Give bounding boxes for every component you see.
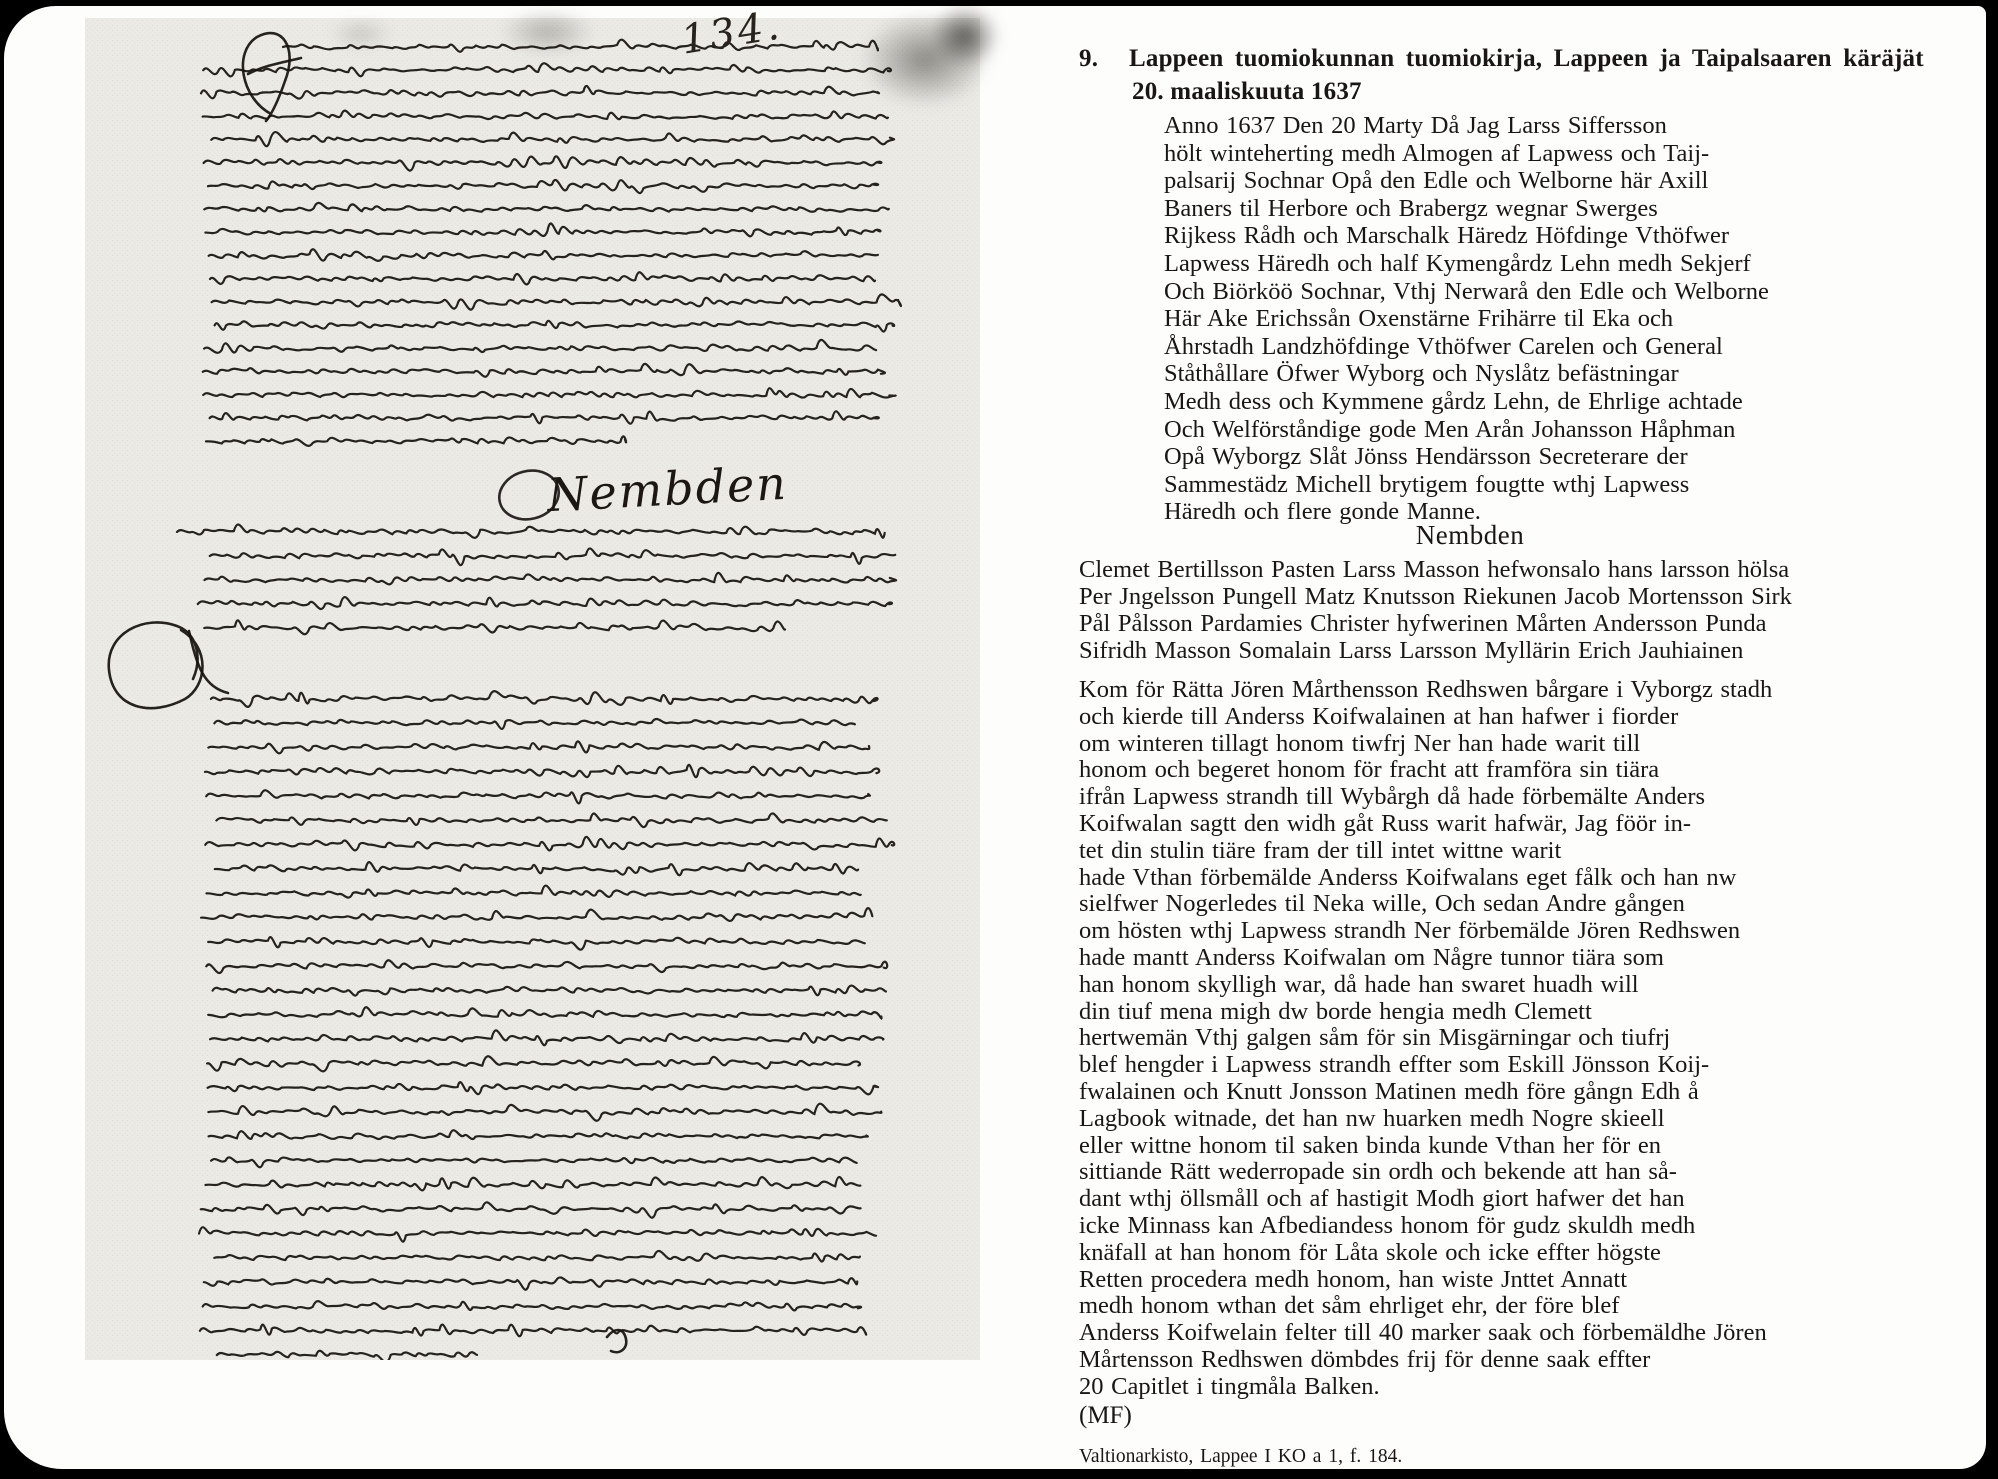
text-line: medh honom wthan det såm ehrliget ehr, d… bbox=[1079, 1293, 1772, 1320]
text-line: hertwemän Vthj galgen såm för sin Misgär… bbox=[1079, 1025, 1772, 1052]
text-line: Här Ake Erichssån Oxenstärne Frihärre ti… bbox=[1164, 305, 1769, 333]
text-line: hade Vthan förbemälde Anderss Koifwalans… bbox=[1079, 865, 1772, 892]
text-line: 20 Capitlet i tingmåla Balken. bbox=[1079, 1374, 1772, 1401]
text-line: om hösten wthj Lapwess strandh Ner förbe… bbox=[1079, 918, 1772, 945]
text-line: Lagbook witnade, det han nw huarken medh… bbox=[1079, 1106, 1772, 1133]
text-line: Och Welförståndige gode Men Arån Johanss… bbox=[1164, 416, 1769, 444]
text-line: din tiuf mena migh dw borde hengia medh … bbox=[1079, 999, 1772, 1026]
text-line: hölt winteherting medh Almogen af Lapwes… bbox=[1164, 140, 1769, 168]
text-line: Mårtensson Redhswen dömbdes frij för den… bbox=[1079, 1347, 1772, 1374]
text-line: Lapwess Häredh och half Kymengårdz Lehn … bbox=[1164, 250, 1769, 278]
text-line: Per Jngelsson Pungell Matz Knutsson Riek… bbox=[1079, 584, 1792, 611]
text-line: dant wthj öllsmåll och af hastigit Modh … bbox=[1079, 1186, 1772, 1213]
text-line: Och Biörköö Sochnar, Vthj Nerwarå den Ed… bbox=[1164, 278, 1769, 306]
text-line: palsarij Sochnar Opå den Edle och Welbor… bbox=[1164, 167, 1769, 195]
text-line: Kom för Rätta Jören Mårthensson Redhswen… bbox=[1079, 677, 1772, 704]
text-line: sittiande Rätt wederropade sin ordh och … bbox=[1079, 1159, 1772, 1186]
text-line: honom och begeret honom för fracht att f… bbox=[1079, 757, 1772, 784]
text-line: Sifridh Masson Somalain Larss Larsson My… bbox=[1079, 638, 1792, 665]
text-line: Anno 1637 Den 20 Marty Då Jag Larss Siff… bbox=[1164, 112, 1769, 140]
text-line: han honom skylligh war, då hade han swar… bbox=[1079, 972, 1772, 999]
text-line: fwalainen och Knutt Jonsson Matinen medh… bbox=[1079, 1079, 1772, 1106]
text-line: Åhrstadh Landzhöfdinge Vthöfwer Carelen … bbox=[1164, 333, 1769, 361]
text-line: och kierde till Anderss Koifwalainen at … bbox=[1079, 704, 1772, 731]
nembden-subheading: Nembden bbox=[1079, 520, 1861, 551]
entry-heading-line1: 9.Lappeen tuomiokunnan tuomiokirja, Lapp… bbox=[1079, 42, 1861, 76]
text-line: om winteren tillagt honom tiwfrj Ner han… bbox=[1079, 731, 1772, 758]
text-line: Koifwalan sagtt den widh gåt Russ warit … bbox=[1079, 811, 1772, 838]
text-line: Medh dess och Kymmene gårdz Lehn, de Ehr… bbox=[1164, 388, 1769, 416]
manuscript-handwriting bbox=[85, 18, 980, 1360]
text-line: sielfwer Nogerledes til Neka wille, Och … bbox=[1079, 891, 1772, 918]
paragraph-anno: Anno 1637 Den 20 Marty Då Jag Larss Siff… bbox=[1164, 112, 1769, 526]
text-line: blef hengder i Lapwess strandh effter so… bbox=[1079, 1052, 1772, 1079]
text-line: tet din stulin tiäre fram der till intet… bbox=[1079, 838, 1772, 865]
text-line: knäfall at han honom för Låta skole och … bbox=[1079, 1240, 1772, 1267]
manuscript-page-photo: 134. Nembden bbox=[85, 18, 980, 1360]
entry-number: 9. bbox=[1079, 42, 1129, 76]
entry-heading-line2: 20. maaliskuuta 1637 bbox=[1132, 78, 1362, 106]
text-line: Rijkess Rådh och Marschalk Häredz Höfdin… bbox=[1164, 222, 1769, 250]
text-line: Opå Wyborgz Slåt Jönss Hendärsson Secret… bbox=[1164, 443, 1769, 471]
text-line: hade mantt Anderss Koifwalan om Någre tu… bbox=[1079, 945, 1772, 972]
text-line: Pål Pålsson Pardamies Christer hyfwerine… bbox=[1079, 611, 1792, 638]
text-line: Retten procedera medh honom, han wiste J… bbox=[1079, 1267, 1772, 1294]
mf-initials: (MF) bbox=[1079, 1402, 1132, 1430]
text-line: Clemet Bertillsson Pasten Larss Masson h… bbox=[1079, 557, 1792, 584]
text-line: Sammestädz Michell brytigem fougtte wthj… bbox=[1164, 471, 1769, 499]
text-line: Anderss Koifwelain felter till 40 marker… bbox=[1079, 1320, 1772, 1347]
entry-title: Lappeen tuomiokunnan tuomiokirja, Lappee… bbox=[1129, 45, 1924, 72]
text-line: ifrån Lapwess strandh till Wybårgh då ha… bbox=[1079, 784, 1772, 811]
text-line: icke Minnass kan Afbediandess honom för … bbox=[1079, 1213, 1772, 1240]
paragraph-court-case: Kom för Rätta Jören Mårthensson Redhswen… bbox=[1079, 677, 1772, 1401]
source-reference: Valtionarkisto, Lappee I KO a 1, f. 184. bbox=[1079, 1446, 1402, 1468]
text-line: Baners til Herbore och Brabergz wegnar S… bbox=[1164, 195, 1769, 223]
text-line: Ståthållare Öfwer Wyborg och Nyslåtz bef… bbox=[1164, 360, 1769, 388]
text-line: eller wittne honom til saken binda kunde… bbox=[1079, 1133, 1772, 1160]
book-page: 134. Nembden 9.Lappeen tuomiokunnan tuom… bbox=[4, 6, 1986, 1469]
nembden-list: Clemet Bertillsson Pasten Larss Masson h… bbox=[1079, 557, 1792, 665]
book-spread: { "page": { "background_color": "#000000… bbox=[0, 0, 1998, 1479]
